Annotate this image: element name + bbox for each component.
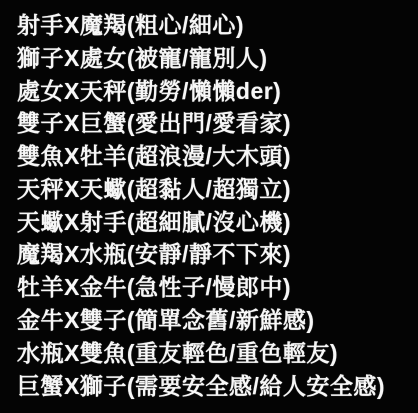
zodiac-pair-line: 巨蟹X獅子(需要安全感/給人安全感) <box>17 368 408 401</box>
zodiac-pair-line: 金牛X雙子(簡單念舊/新鮮感) <box>17 302 408 335</box>
zodiac-pair-line: 牡羊X金牛(急性子/慢郎中) <box>17 269 408 302</box>
zodiac-pair-line: 魔羯X水瓶(安靜/靜不下來) <box>17 237 408 270</box>
zodiac-pair-line: 獅子X處女(被寵/寵別人) <box>17 40 408 73</box>
zodiac-pair-line: 雙魚X牡羊(超浪漫/大木頭) <box>17 138 408 171</box>
zodiac-pair-line: 天秤X天蠍(超黏人/超獨立) <box>17 171 408 204</box>
zodiac-pair-line: 水瓶X雙魚(重友輕色/重色輕友) <box>17 335 408 368</box>
zodiac-pair-line: 處女X天秤(勤勞/懶懶der) <box>17 73 408 106</box>
zodiac-pair-line: 雙子X巨蟹(愛出門/愛看家) <box>17 105 408 138</box>
zodiac-pair-line: 射手X魔羯(粗心/細心) <box>17 7 408 40</box>
zodiac-pair-line: 天蠍X射手(超細膩/沒心機) <box>17 204 408 237</box>
zodiac-pairs-image: 射手X魔羯(粗心/細心) 獅子X處女(被寵/寵別人) 處女X天秤(勤勞/懶懶de… <box>0 0 418 413</box>
